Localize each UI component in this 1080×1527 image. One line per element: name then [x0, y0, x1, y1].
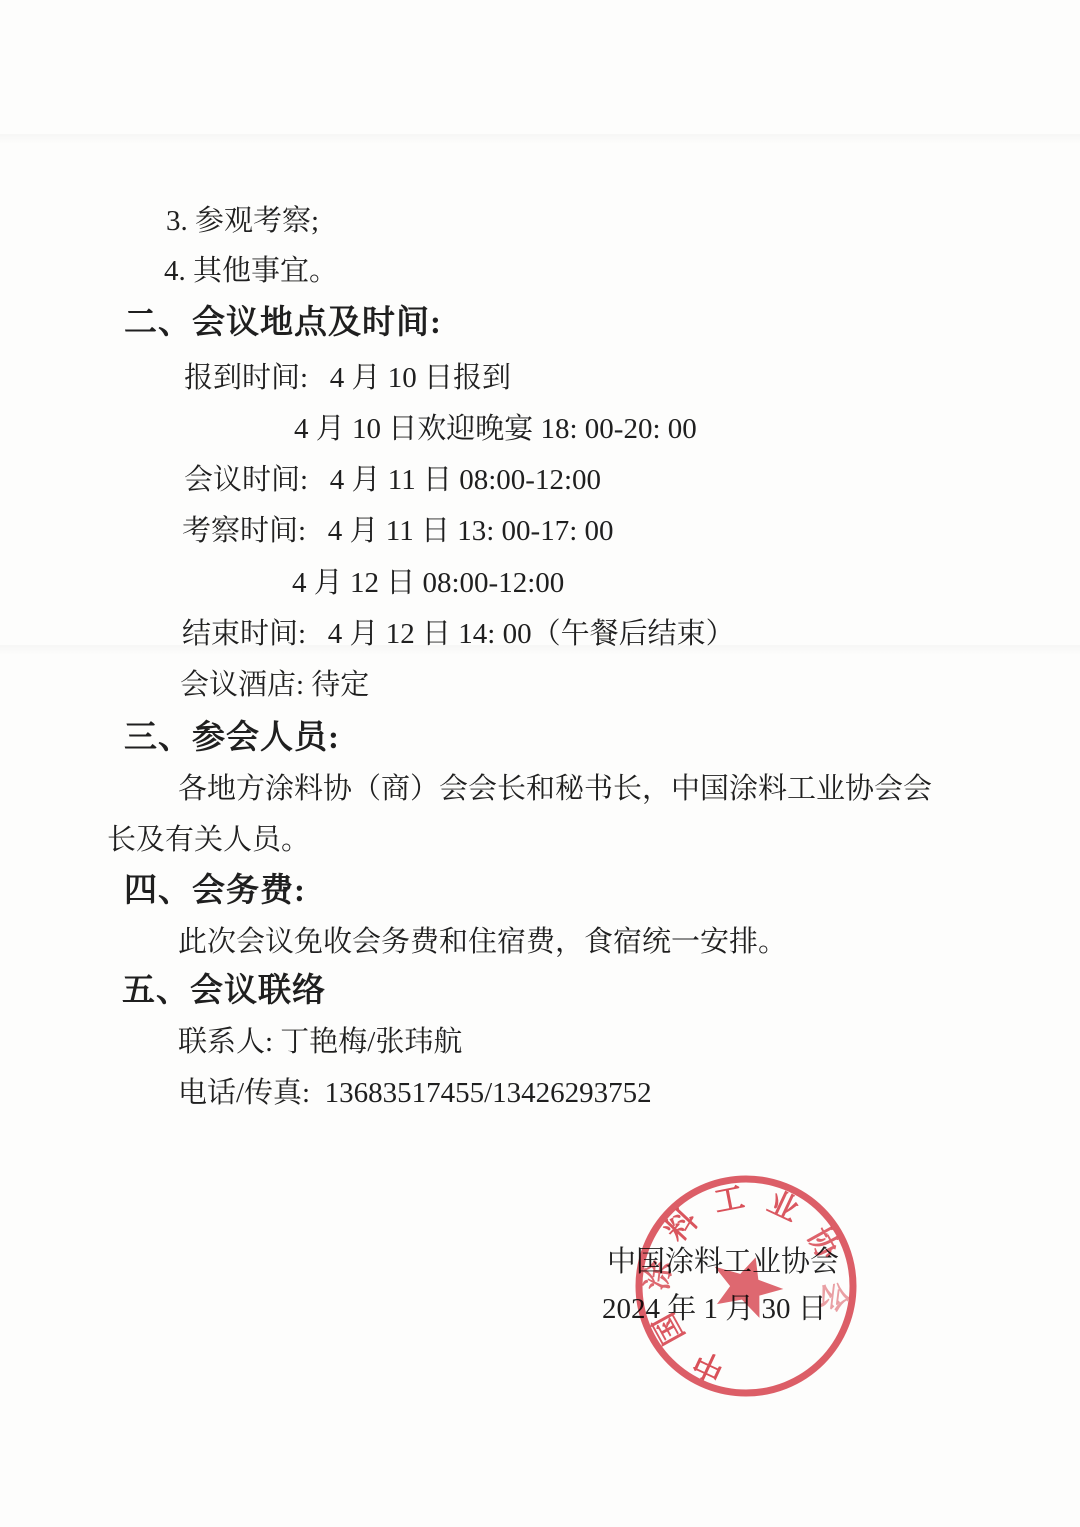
hotel-line: 会议酒店: 待定 — [180, 666, 369, 704]
seal-arc-char: 会 — [815, 1280, 851, 1314]
star-icon — [704, 1246, 790, 1322]
list-item-4: 4. 其他事宜。 — [164, 252, 338, 290]
phone-fax-line: 电话/传真: 13683517455/13426293752 — [178, 1074, 652, 1112]
seal-arc-char: 工 — [711, 1181, 747, 1219]
fee-paragraph-line: 此次会议免收会务费和住宿费，食宿统一安排。 — [178, 923, 787, 961]
section-heading-fee: 四、会务费: — [124, 872, 306, 910]
checkin-time-line: 报到时间: 4 月 10 日报到 — [184, 359, 511, 397]
visit-time-line: 考察时间: 4 月 11 日 13: 00-17: 00 — [182, 512, 614, 550]
attendees-paragraph-line-2: 长及有关人员。 — [107, 821, 310, 859]
list-item-3: 3. 参观考察; — [166, 202, 319, 240]
welcome-dinner-line: 4 月 10 日欢迎晚宴 18: 00-20: 00 — [294, 410, 697, 448]
meeting-time-line: 会议时间: 4 月 11 日 08:00-12:00 — [184, 461, 601, 499]
section-heading-venue-time: 二、会议地点及时间: — [124, 304, 442, 342]
attendees-paragraph-line-1: 各地方涂料协（商）会会长和秘书长，中国涂料工业协会会 — [178, 770, 932, 808]
section-heading-attendees: 三、参会人员: — [124, 719, 340, 757]
end-time-line: 结束时间: 4 月 12 日 14: 00（午餐后结束） — [182, 615, 735, 653]
official-seal-stamp: 中国涂料工业协会 — [626, 1166, 866, 1406]
scan-artifact — [0, 134, 1080, 144]
visit-time-line-2: 4 月 12 日 08:00-12:00 — [292, 564, 564, 602]
document-page: 3. 参观考察; 4. 其他事宜。 二、会议地点及时间: 报到时间: 4 月 1… — [0, 0, 1080, 1527]
contact-person-line: 联系人: 丁艳梅/张玮航 — [178, 1023, 462, 1061]
section-heading-contact: 五、会议联络 — [122, 972, 326, 1010]
seal-arc-char: 涂 — [641, 1258, 677, 1292]
